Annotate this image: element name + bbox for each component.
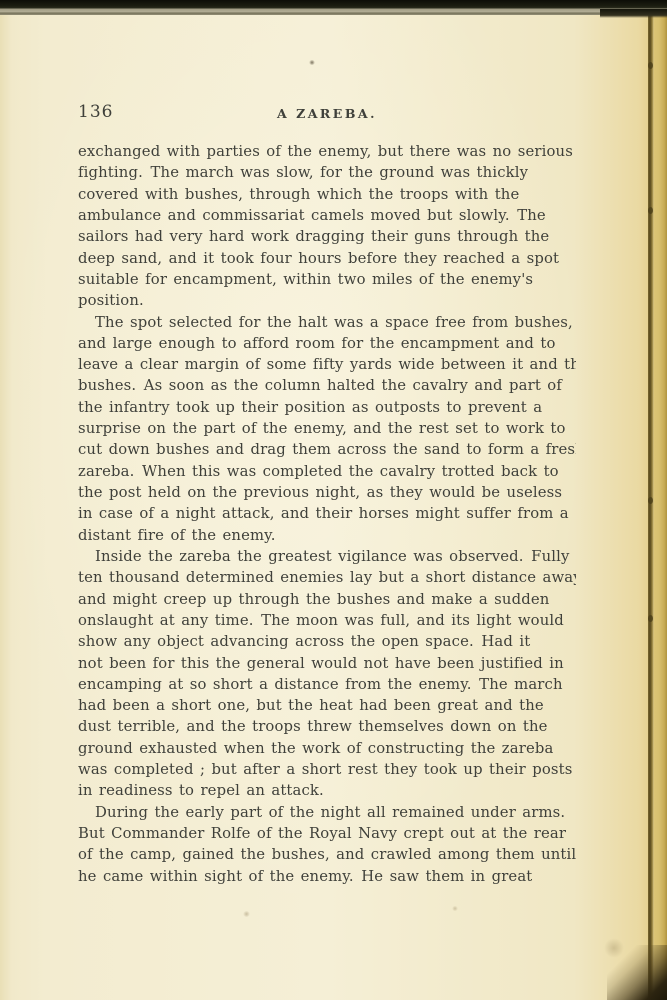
text-line: and might creep up through the bushes an… xyxy=(78,589,576,610)
page-edge-nick xyxy=(648,615,653,622)
text-line: sailors had very hard work dragging thei… xyxy=(78,226,576,247)
text-line: covered with bushes, through which the t… xyxy=(78,184,576,205)
text-line: suitable for encampment, within two mile… xyxy=(78,269,576,290)
page-paper: 136 A ZAREBA. exchanged with parties of … xyxy=(0,10,652,1000)
text-line: The spot selected for the halt was a spa… xyxy=(78,312,576,333)
text-line: position. xyxy=(78,290,576,311)
paper-speck xyxy=(309,60,315,65)
book-top-edge-corner xyxy=(600,9,667,18)
text-line: had been a short one, but the heat had b… xyxy=(78,695,576,716)
text-line: leave a clear margin of some fifty yards… xyxy=(78,354,576,375)
page-edge-nick xyxy=(648,497,653,504)
text-line: he came within sight of the enemy. He sa… xyxy=(78,866,576,887)
text-line: ambulance and commissariat camels moved … xyxy=(78,205,576,226)
text-line: ground exhausted when the work of constr… xyxy=(78,738,576,759)
page-edge-nick xyxy=(648,62,653,69)
text-line: bushes. As soon as the column halted the… xyxy=(78,375,576,396)
text-line: cut down bushes and drag them across the… xyxy=(78,439,576,460)
text-line: onslaught at any time. The moon was full… xyxy=(78,610,576,631)
text-line: not been for this the general would not … xyxy=(78,653,576,674)
running-header: A ZAREBA. xyxy=(78,106,576,121)
page-header: 136 A ZAREBA. xyxy=(0,102,652,128)
text-line: zareba. When this was completed the cava… xyxy=(78,461,576,482)
scanned-book-page: 136 A ZAREBA. exchanged with parties of … xyxy=(0,0,667,1000)
text-line: show any object advancing across the ope… xyxy=(78,631,576,652)
page-text: exchanged with parties of the enemy, but… xyxy=(78,141,576,887)
text-line: in readiness to repel an attack. xyxy=(78,780,576,801)
text-line: But Commander Rolfe of the Royal Navy cr… xyxy=(78,823,576,844)
text-line: the post held on the previous night, as … xyxy=(78,482,576,503)
text-line: fighting. The march was slow, for the gr… xyxy=(78,162,576,183)
book-fore-edge xyxy=(648,0,667,1000)
book-top-edge-shadow xyxy=(0,0,667,15)
text-line: was completed ; but after a short rest t… xyxy=(78,759,576,780)
page-edge-nick xyxy=(648,207,653,214)
paper-speck xyxy=(243,911,250,917)
text-line: in case of a night attack, and their hor… xyxy=(78,503,576,524)
text-line: the infantry took up their position as o… xyxy=(78,397,576,418)
text-line: dust terrible, and the troops threw them… xyxy=(78,716,576,737)
text-line: encamping at so short a distance from th… xyxy=(78,674,576,695)
text-line: deep sand, and it took four hours before… xyxy=(78,248,576,269)
paper-speck xyxy=(452,906,458,911)
text-line: surprise on the part of the enemy, and t… xyxy=(78,418,576,439)
text-line: During the early part of the night all r… xyxy=(78,802,576,823)
text-line: of the camp, gained the bushes, and craw… xyxy=(78,844,576,865)
text-line: and large enough to afford room for the … xyxy=(78,333,576,354)
text-line: ten thousand determined enemies lay but … xyxy=(78,567,576,588)
bottom-right-corner-shadow xyxy=(607,945,667,1000)
text-line: exchanged with parties of the enemy, but… xyxy=(78,141,576,162)
text-line: Inside the zareba the greatest vigilance… xyxy=(78,546,576,567)
text-line: distant fire of the enemy. xyxy=(78,525,576,546)
